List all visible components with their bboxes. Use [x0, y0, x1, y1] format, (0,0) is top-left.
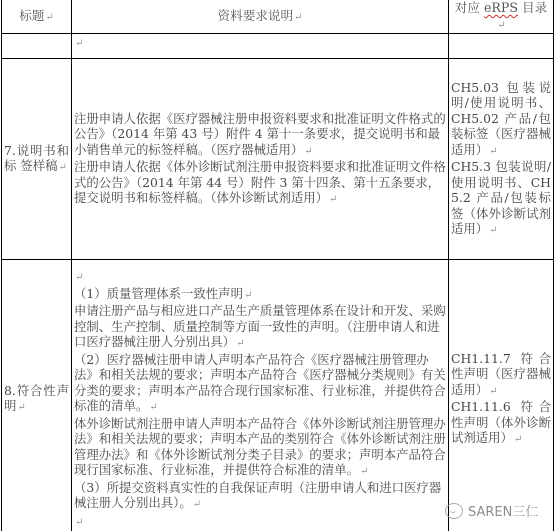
paragraph-mark: ↵ — [75, 38, 83, 49]
document-table: 标题↵ 资料要求说明↵ 对应 eRPS 目录↵ ↵ 7.说明书和 标 签样稿↵ … — [1, 0, 554, 531]
paragraph-mark: ↵ — [497, 20, 505, 31]
requirement-paragraph: ↵ — [74, 513, 446, 531]
wechat-icon — [445, 503, 463, 519]
requirement-paragraph: （3）所提交资料真实性的自我保证声明（注册申请人和进口医疗器械注册人分别出具）。… — [74, 480, 446, 513]
row-title: 8.符合性声明↵ — [2, 260, 72, 531]
paragraph-mark: ↵ — [45, 12, 53, 23]
requirement-paragraph: （1）质量管理体系一致性声明↵ — [74, 286, 446, 304]
paragraph-mark: ↵ — [59, 162, 67, 173]
header-requirement: 资料要求说明↵ — [72, 0, 449, 34]
erps-paragraph: CH5.3 包装说明/使用说明书、CH5.2 产品/包装标签（体外诊断试剂适用）… — [451, 159, 551, 239]
paragraph-mark: ↵ — [294, 12, 302, 23]
blank-cell: ↵ — [72, 34, 449, 59]
spellcheck-word: eRPS — [484, 0, 518, 15]
requirement-paragraph: 申请注册产品与相应进口产品生产质量管理体系在设计和开发、采购控制、生产控制、质量… — [74, 303, 446, 352]
row-erps: CH5.03 包装说明/使用说明书、CH5.02 产品/包装标签（医疗器械适用）… — [449, 59, 554, 260]
table-header-row: 标题↵ 资料要求说明↵ 对应 eRPS 目录↵ — [2, 0, 554, 34]
watermark: SAREN三仁 — [445, 501, 538, 520]
paragraph-mark: ↵ — [17, 402, 25, 413]
blank-cell — [2, 34, 72, 59]
watermark-text: SAREN三仁 — [468, 501, 538, 520]
row-requirement: 注册申请人依据《医疗器械注册申报资料要求和批准证明文件格式的公告》（2014 年… — [72, 59, 449, 260]
blank-cell — [449, 34, 554, 59]
erps-paragraph: CH1.11.7 符合性声明（医疗器械适用）↵ — [451, 351, 551, 400]
requirement-paragraph: 注册申请人依据《体外诊断试剂注册申报资料要求和批准证明文件格式的公告》（2014… — [74, 159, 446, 208]
table-row: 8.符合性声明↵ ↵ （1）质量管理体系一致性声明↵ 申请注册产品与相应进口产品… — [2, 260, 554, 531]
requirement-paragraph: （2）医疗器械注册申请人声明本产品符合《医疗器械注册管理办法》和相关法规的要求；… — [74, 352, 446, 416]
requirement-paragraph: ↵ — [74, 268, 446, 286]
table-row: 7.说明书和 标 签样稿↵ 注册申请人依据《医疗器械注册申报资料要求和批准证明文… — [2, 59, 554, 260]
row-erps: CH1.11.7 符合性声明（医疗器械适用）↵ CH1.11.6 符合性声明（体… — [449, 260, 554, 531]
row-title: 7.说明书和 标 签样稿↵ — [2, 59, 72, 260]
blank-row: ↵ — [2, 34, 554, 59]
requirement-paragraph: 体外诊断试剂注册申请人声明本产品符合《体外诊断试剂注册管理办法》和相关法规的要求… — [74, 416, 446, 480]
header-erps: 对应 eRPS 目录↵ — [449, 0, 554, 34]
requirement-paragraph: 注册申请人依据《医疗器械注册申报资料要求和批准证明文件格式的公告》（2014 年… — [74, 111, 446, 160]
row-requirement: ↵ （1）质量管理体系一致性声明↵ 申请注册产品与相应进口产品生产质量管理体系在… — [72, 260, 449, 531]
erps-paragraph: CH1.11.6 符合性声明（体外诊断试剂适用）↵ — [451, 399, 551, 448]
erps-paragraph: CH5.03 包装说明/使用说明书、CH5.02 产品/包装标签（医疗器械适用）… — [451, 80, 551, 160]
header-title: 标题↵ — [2, 0, 72, 34]
